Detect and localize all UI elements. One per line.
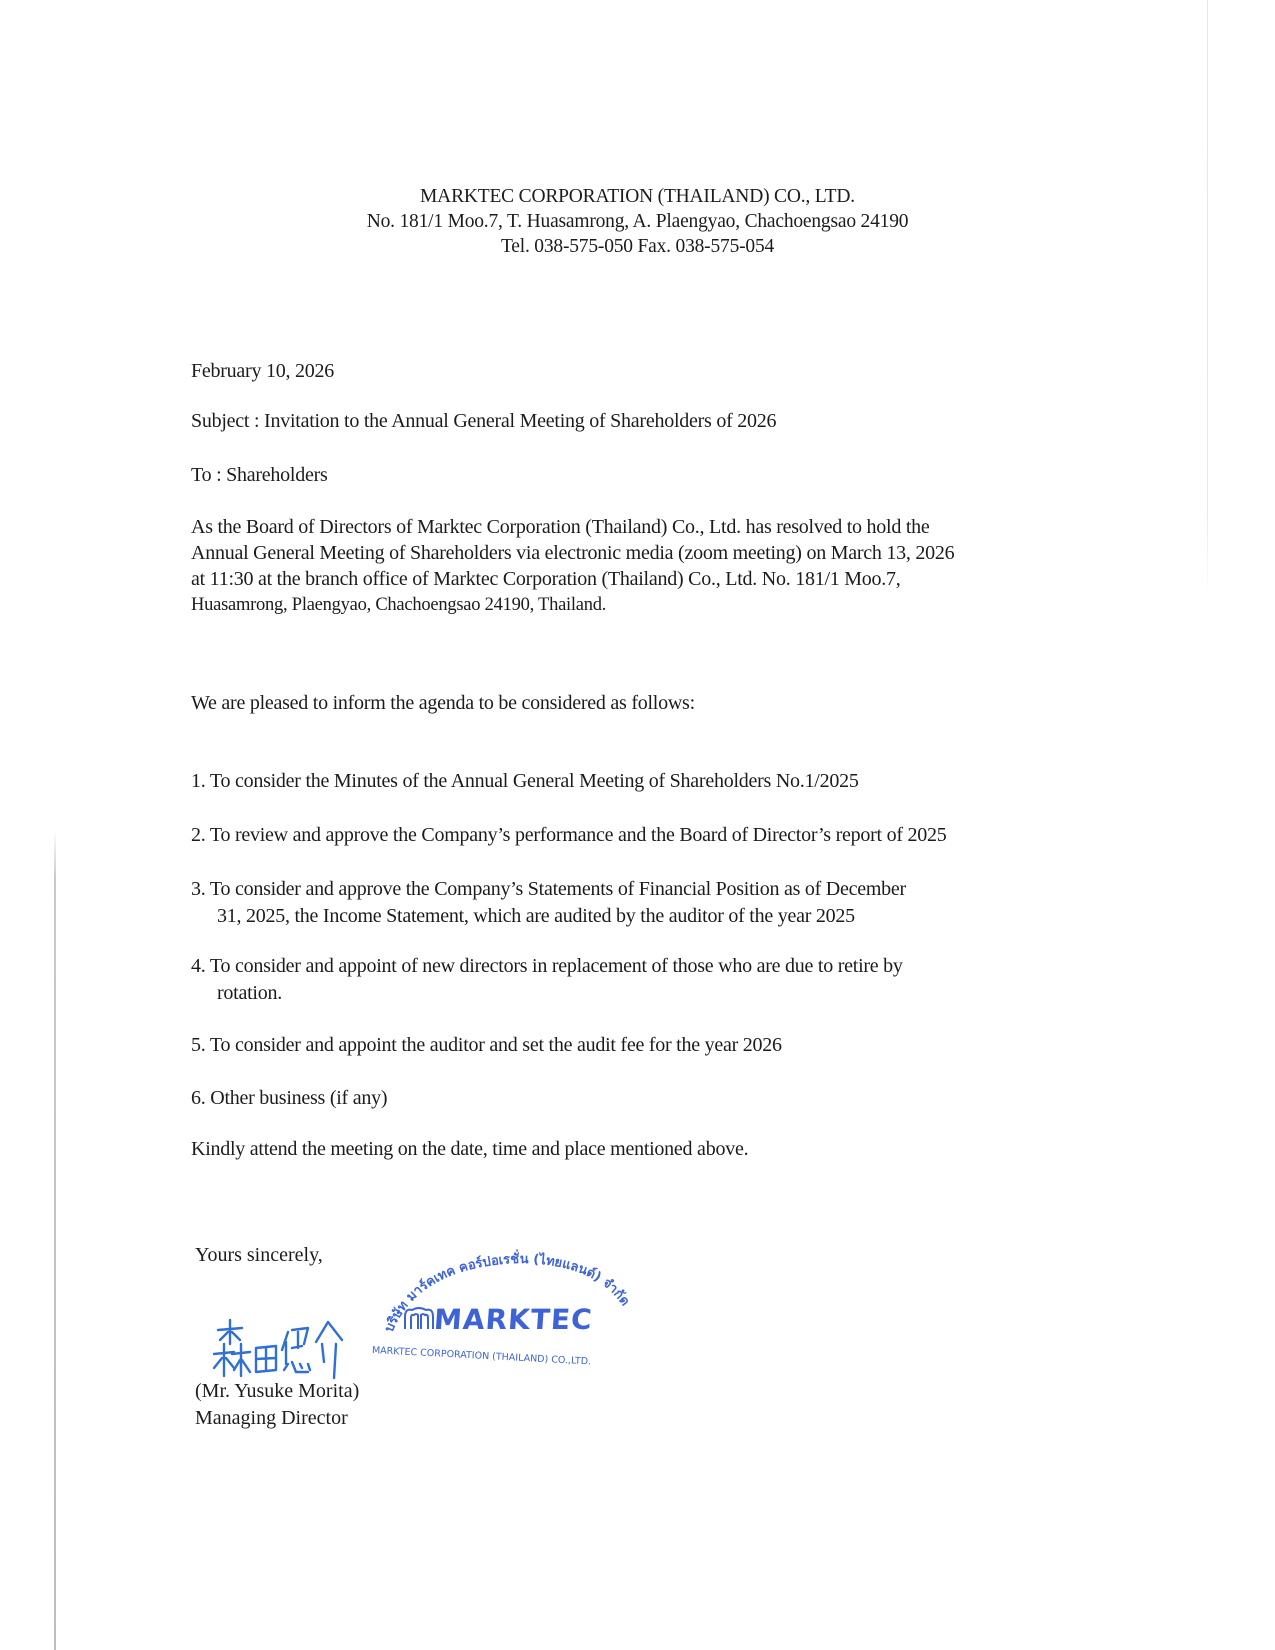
- agenda-item-text: 2. To review and approve the Company’s p…: [191, 822, 946, 849]
- signatory-title: Managing Director: [195, 1407, 348, 1430]
- body-line: As the Board of Directors of Marktec Cor…: [191, 514, 1071, 540]
- stamp-brand: MARKTEC: [433, 1303, 594, 1336]
- agenda-item-6: 6. Other business (if any): [191, 1085, 387, 1112]
- agenda-item-continuation: rotation.: [191, 980, 903, 1007]
- letter-subject: Subject : Invitation to the Annual Gener…: [191, 410, 776, 433]
- handwritten-signature: [212, 1318, 347, 1380]
- marktec-logo-icon: [402, 1305, 436, 1331]
- agenda-item-text: 4. To consider and appoint of new direct…: [191, 953, 903, 980]
- agenda-item-text: 5. To consider and appoint the auditor a…: [191, 1032, 782, 1059]
- agenda-item-5: 5. To consider and appoint the auditor a…: [191, 1032, 782, 1059]
- body-line: Huasamrong, Plaengyao, Chachoengsao 2419…: [191, 592, 1071, 618]
- agenda-intro: We are pleased to inform the agenda to b…: [191, 692, 695, 715]
- letter-date: February 10, 2026: [191, 360, 334, 383]
- signatory-name: (Mr. Yusuke Morita): [195, 1380, 359, 1403]
- closing-request: Kindly attend the meeting on the date, t…: [191, 1138, 748, 1161]
- agenda-item-continuation: 31, 2025, the Income Statement, which ar…: [191, 903, 906, 930]
- agenda-item-1: 1. To consider the Minutes of the Annual…: [191, 768, 859, 795]
- valediction: Yours sincerely,: [195, 1244, 323, 1267]
- body-paragraph: As the Board of Directors of Marktec Cor…: [191, 514, 1071, 618]
- agenda-item-4: 4. To consider and appoint of new direct…: [191, 953, 903, 1007]
- company-stamp: บริษัท มาร์คเทค คอร์ปอเรชั่น (ไทยแลนด์) …: [378, 1245, 638, 1375]
- letterhead: MARKTEC CORPORATION (THAILAND) CO., LTD.…: [0, 184, 1275, 259]
- agenda-item-3: 3. To consider and approve the Company’s…: [191, 876, 906, 930]
- agenda-item-2: 2. To review and approve the Company’s p…: [191, 822, 946, 849]
- agenda-item-text: 3. To consider and approve the Company’s…: [191, 876, 906, 903]
- company-name: MARKTEC CORPORATION (THAILAND) CO., LTD.: [0, 184, 1275, 209]
- agenda-item-text: 6. Other business (if any): [191, 1085, 387, 1112]
- body-line: Annual General Meeting of Shareholders v…: [191, 540, 1071, 566]
- company-contact: Tel. 038-575-050 Fax. 038-575-054: [0, 234, 1275, 259]
- letter-recipient: To : Shareholders: [191, 464, 328, 487]
- body-line: at 11:30 at the branch office of Marktec…: [191, 566, 1071, 592]
- scan-artifact-right-edge: [1207, 0, 1208, 600]
- agenda-item-text: 1. To consider the Minutes of the Annual…: [191, 768, 859, 795]
- scan-artifact-left-edge: [54, 830, 56, 1650]
- letter-page: MARKTEC CORPORATION (THAILAND) CO., LTD.…: [0, 0, 1275, 1650]
- company-address: No. 181/1 Moo.7, T. Huasamrong, A. Plaen…: [0, 209, 1275, 234]
- stamp-company-name: MARKTEC CORPORATION (THAILAND) CO.,LTD.: [372, 1345, 592, 1367]
